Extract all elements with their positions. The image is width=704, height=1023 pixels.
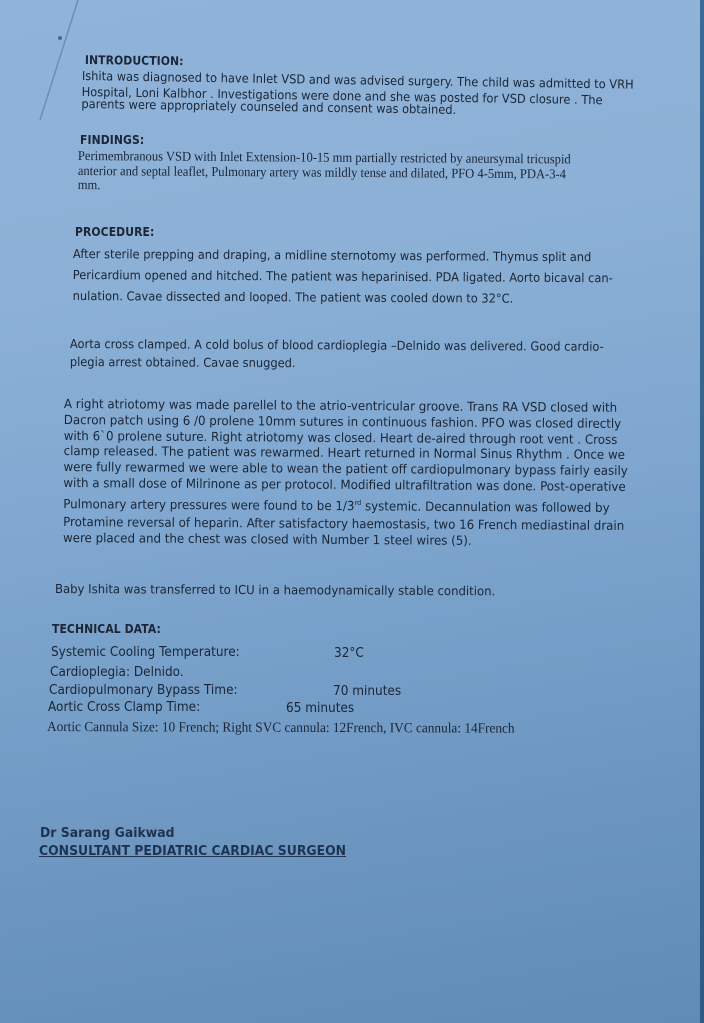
bypass-time-value: 70 minutes	[333, 684, 401, 699]
findings-heading: FINDINGS:	[80, 133, 144, 147]
introduction-heading: INTRODUCTION:	[85, 53, 184, 68]
procedure-line: Pulmonary artery pressures were found to…	[63, 494, 627, 516]
bypass-time-label: Cardiopulmonary Bypass Time:	[49, 683, 238, 698]
surgeon-title: CONSULTANT PEDIATRIC CARDIAC SURGEON	[39, 843, 346, 859]
cannula-size: Aortic Cannula Size: 10 French; Right SV…	[47, 720, 515, 738]
surgeon-name: Dr Sarang Gaikwad	[40, 825, 174, 841]
procedure-paragraph-3: A right atriotomy was made parellel to t…	[63, 396, 628, 549]
clamp-time-label: Aortic Cross Clamp Time:	[48, 700, 200, 715]
procedure-line: nulation. Cavae dissected and looped. Th…	[73, 286, 613, 310]
introduction-text: Ishita was diagnosed to have Inlet VSD a…	[81, 69, 634, 121]
findings-text: Perimembranous VSD with Inlet Extension-…	[78, 149, 571, 196]
operative-note-document: INTRODUCTION: Ishita was diagnosed to ha…	[0, 0, 704, 1023]
pa-text: Pulmonary artery pressures were found to…	[63, 496, 354, 513]
procedure-heading: PROCEDURE:	[75, 225, 154, 239]
procedure-paragraph-4: Baby Ishita was transferred to ICU in a …	[55, 582, 495, 600]
cardioplegia-text: Cardioplegia: Delnido.	[50, 665, 184, 680]
procedure-line: with a small dose of Milrinone as per pr…	[63, 475, 627, 495]
technical-data-heading: TECHNICAL DATA:	[52, 622, 161, 636]
cooling-temp-value: 32°C	[334, 646, 364, 661]
procedure-paragraph-2: Aorta cross clamped. A cold bolus of blo…	[70, 335, 604, 374]
clamp-time-value: 65 minutes	[286, 701, 354, 716]
cooling-temp-label: Systemic Cooling Temperature:	[51, 645, 240, 660]
procedure-paragraph-1: After sterile prepping and draping, a mi…	[73, 244, 613, 310]
pa-text: systemic. Decannulation was followed by	[361, 498, 610, 515]
procedure-line: plegia arrest obtained. Cavae snugged.	[70, 353, 604, 374]
